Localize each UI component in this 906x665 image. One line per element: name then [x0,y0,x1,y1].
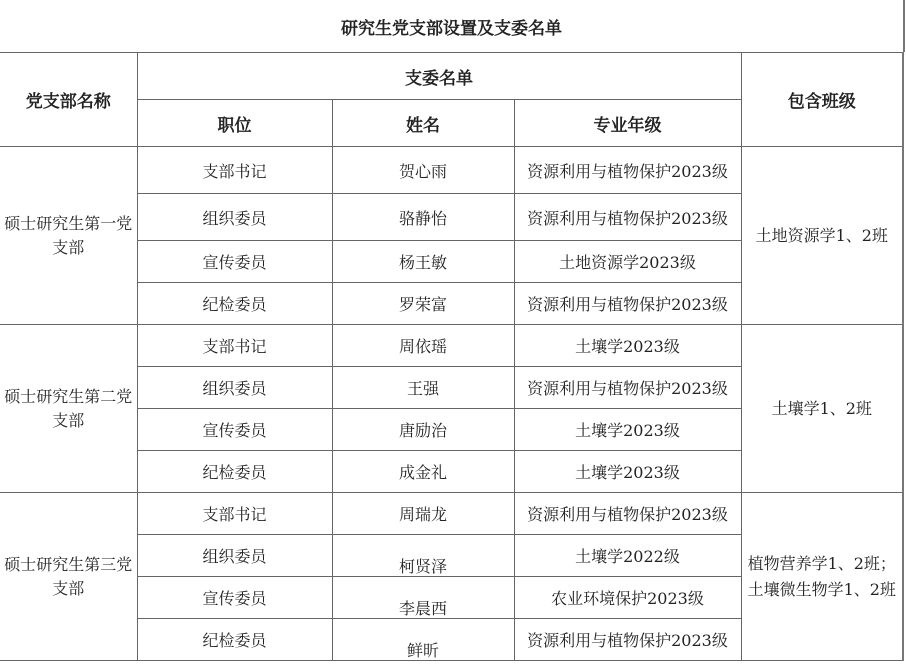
name-cell: 罗荣富 [332,283,514,325]
name-text: 鲜昕 [407,641,439,660]
table-row: 硕士研究生第二党支部 支部书记 周依瑶 土壤学2023级 土壤学1、2班 [0,325,903,367]
major-cell: 资源利用与植物保护2023级 [514,493,741,535]
header-classes: 包含班级 [741,53,903,147]
branch-name-cell: 硕士研究生第三党支部 [0,493,137,661]
name-cell: 成金礼 [332,451,514,493]
branch-name-cell: 硕士研究生第一党支部 [0,147,137,325]
position-cell: 支部书记 [137,493,332,535]
major-cell: 土壤学2023级 [514,451,741,493]
header-committee-list: 支委名单 [137,53,741,100]
header-branch-name: 党支部名称 [0,53,137,147]
major-cell: 土壤学2022级 [514,535,741,577]
branch-name-cell: 硕士研究生第二党支部 [0,325,137,493]
name-cell: 柯贤泽 [332,535,514,577]
header-major-grade: 专业年级 [514,100,741,147]
position-cell: 宣传委员 [137,577,332,619]
major-cell: 资源利用与植物保护2023级 [514,283,741,325]
position-cell: 支部书记 [137,325,332,367]
name-text: 柯贤泽 [399,557,447,576]
name-cell: 李晨西 [332,577,514,619]
name-cell: 唐励治 [332,409,514,451]
name-text: 李晨西 [399,599,447,618]
page-title: 研究生党支部设置及支委名单 [0,0,905,52]
position-cell: 纪检委员 [137,283,332,325]
major-cell: 资源利用与植物保护2023级 [514,194,741,241]
table-row: 硕士研究生第三党支部 支部书记 周瑞龙 资源利用与植物保护2023级 植物营养学… [0,493,903,535]
header-name: 姓名 [332,100,514,147]
major-cell: 资源利用与植物保护2023级 [514,367,741,409]
classes-cell: 土壤学1、2班 [741,325,903,493]
major-cell: 资源利用与植物保护2023级 [514,147,741,194]
position-cell: 宣传委员 [137,241,332,283]
position-cell: 纪检委员 [137,619,332,661]
name-cell: 周依瑶 [332,325,514,367]
position-cell: 组织委员 [137,535,332,577]
branch-committee-table: 党支部名称 支委名单 包含班级 职位 姓名 专业年级 硕士研究生第一党支部 支部… [0,52,904,661]
major-cell: 土壤学2023级 [514,325,741,367]
name-cell: 鲜昕 [332,619,514,661]
name-cell: 杨王敏 [332,241,514,283]
major-cell: 农业环境保护2023级 [514,577,741,619]
position-cell: 支部书记 [137,147,332,194]
position-cell: 组织委员 [137,194,332,241]
name-cell: 周瑞龙 [332,493,514,535]
major-cell: 土壤学2023级 [514,409,741,451]
major-cell: 土地资源学2023级 [514,241,741,283]
classes-cell: 植物营养学1、2班；土壤微生物学1、2班 [741,493,903,661]
position-cell: 组织委员 [137,367,332,409]
name-cell: 骆静怡 [332,194,514,241]
position-cell: 纪检委员 [137,451,332,493]
header-position: 职位 [137,100,332,147]
position-cell: 宣传委员 [137,409,332,451]
name-cell: 王强 [332,367,514,409]
classes-cell: 土地资源学1、2班 [741,147,903,325]
table-row: 硕士研究生第一党支部 支部书记 贺心雨 资源利用与植物保护2023级 土地资源学… [0,147,903,194]
major-cell: 资源利用与植物保护2023级 [514,619,741,661]
name-cell: 贺心雨 [332,147,514,194]
